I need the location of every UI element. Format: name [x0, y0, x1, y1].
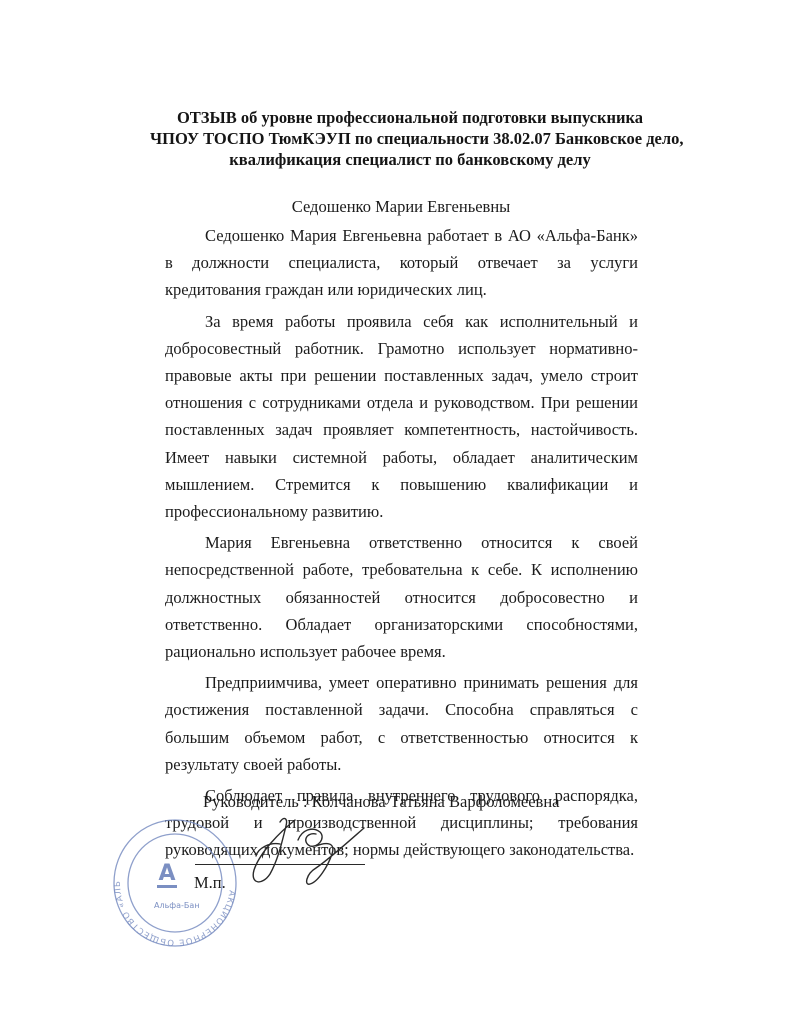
- subject-name: Седошенко Марии Евгеньевны: [165, 197, 637, 217]
- paragraph-1: Седошенко Мария Евгеньевна работает в АО…: [165, 222, 638, 304]
- svg-text:Альфа-Бан: Альфа-Бан: [154, 901, 200, 910]
- title-line-3: квалификация специалист по банковскому д…: [150, 149, 670, 170]
- paragraph-4: Предприимчива, умеет оперативно принимат…: [165, 669, 638, 778]
- paragraph-2: За время работы проявила себя как исполн…: [165, 308, 638, 526]
- title-line-2: ЧПОУ ТОСПО ТюмКЭУП по специальности 38.0…: [150, 128, 670, 149]
- alfa-logo-icon: А: [158, 861, 175, 886]
- seal-label: М.п.: [194, 873, 226, 893]
- handwritten-signature-icon: [240, 812, 370, 892]
- signer-line: Руководитель : Колчанова Татьяна Варфоло…: [203, 792, 560, 812]
- document-page: ОТЗЫВ об уровне профессиональной подгото…: [0, 0, 791, 1024]
- title-line-1: ОТЗЫВ об уровне профессиональной подгото…: [150, 107, 670, 128]
- document-body: Седошенко Мария Евгеньевна работает в АО…: [165, 222, 638, 868]
- paragraph-3: Мария Евгеньевна ответственно относится …: [165, 529, 638, 665]
- document-title: ОТЗЫВ об уровне профессиональной подгото…: [150, 107, 670, 170]
